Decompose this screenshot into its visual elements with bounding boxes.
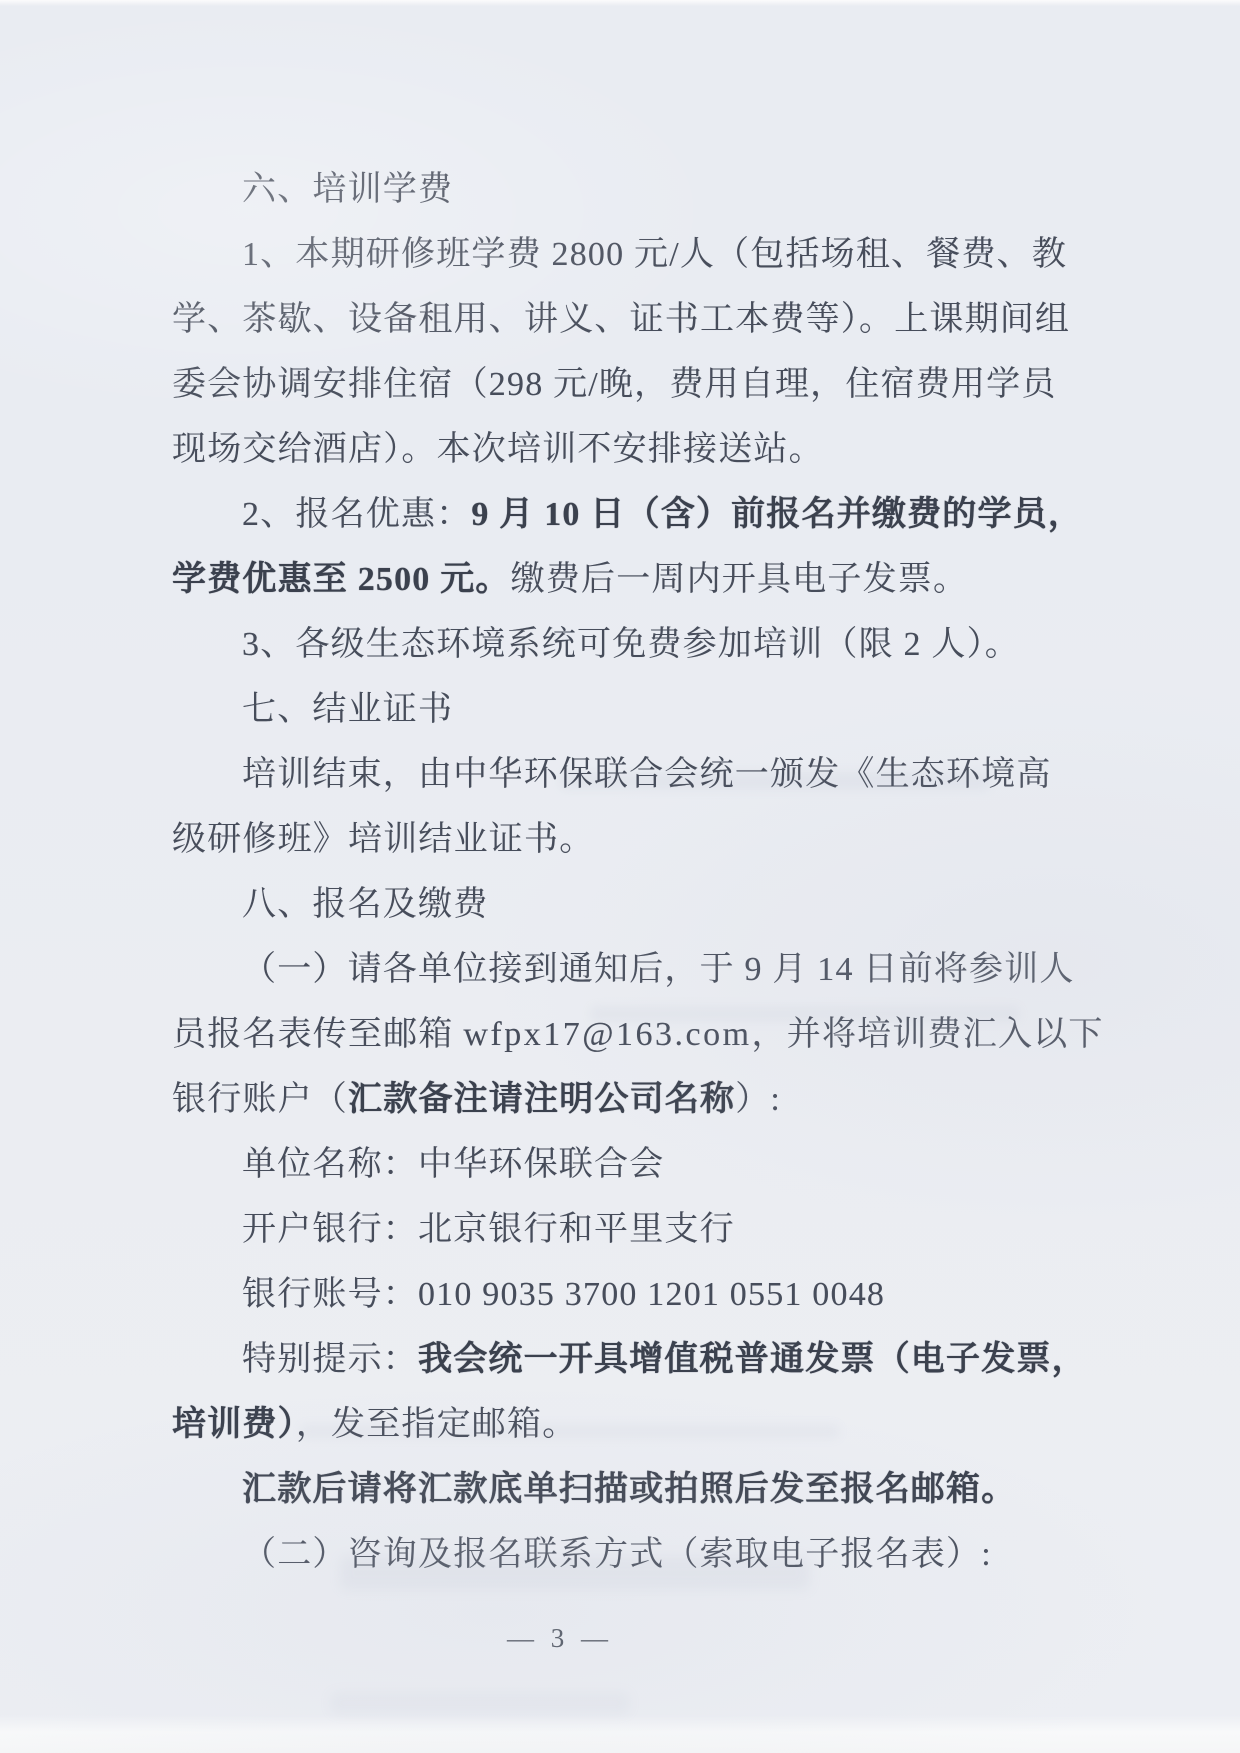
text-segment: 六、培训学费 — [242, 171, 453, 208]
text-line: 3、各级生态环境系统可免费参加培训（限 2 人）。 — [172, 612, 1074, 677]
text-segment: 银行账号：010 9035 3700 1201 0551 0048 — [242, 1276, 885, 1313]
text-segment: 3、各级生态环境系统可免费参加培训（限 2 人）。 — [242, 626, 1020, 663]
text-segment: 员报名表传至邮箱 — [172, 1016, 463, 1053]
text-segment-bold: 培训费） — [172, 1406, 296, 1443]
text-segment: 1、本期研修班学费 2800 元/人（包括场租、餐费、教 — [242, 236, 1067, 273]
text-segment: 培训结束，由中华环保联合会统一颁发《生态环境高 — [242, 756, 1052, 793]
text-segment-bold: 9 月 10 日（含）前报名并缴费的学员， — [471, 496, 1083, 533]
text-segment: 级研修班》培训结业证书。 — [172, 821, 594, 858]
text-segment: ）: — [735, 1081, 781, 1118]
bank-account-name-line: 单位名称：中华环保联合会 — [172, 1132, 1074, 1197]
section-heading-registration: 八、报名及缴费 — [172, 872, 1074, 937]
text-segment: ，发至指定邮箱。 — [296, 1406, 578, 1443]
text-segment: 八、报名及缴费 — [242, 886, 488, 923]
special-note-line: 特别提示：我会统一开具增值税普通发票（电子发票， — [172, 1327, 1074, 1392]
text-segment: （二）咨询及报名联系方式（索取电子报名表）: — [242, 1536, 992, 1573]
text-line-discount: 学费优惠至 2500 元。缴费后一周内开具电子发票。 — [172, 547, 1074, 612]
text-segment: 学、茶歇、设备租用、讲义、证书工本费等）。上课期间组 — [172, 301, 1070, 338]
page-number: — 3 — — [0, 1620, 1120, 1656]
text-segment: 七、结业证书 — [242, 691, 453, 728]
text-line: 级研修班》培训结业证书。 — [172, 807, 1074, 872]
text-line: （一）请各单位接到通知后，于 9 月 14 日前将参训人 — [172, 937, 1074, 1002]
text-line: 培训结束，由中华环保联合会统一颁发《生态环境高 — [172, 742, 1074, 807]
text-line: 银行账户（汇款备注请注明公司名称）: — [172, 1067, 1074, 1132]
text-line-discount: 2、报名优惠：9 月 10 日（含）前报名并缴费的学员， — [172, 482, 1074, 547]
text-segment: 特别提示： — [242, 1341, 418, 1378]
contact-heading-line: （二）咨询及报名联系方式（索取电子报名表）: — [172, 1522, 1074, 1587]
scanned-document-page: 六、培训学费 1、本期研修班学费 2800 元/人（包括场租、餐费、教 学、茶歇… — [0, 0, 1240, 1753]
email-address: wfpx17@163.com — [463, 1016, 751, 1053]
text-line: 现场交给酒店）。本次培训不安排接送站。 — [172, 417, 1074, 482]
section-heading-tuition: 六、培训学费 — [172, 157, 1074, 222]
text-segment: 委会协调安排住宿（298 元/晚，费用自理，住宿费用学员 — [172, 366, 1057, 403]
text-segment-bold: 我会统一开具增值税普通发票（电子发票， — [418, 1341, 1087, 1378]
text-segment: 现场交给酒店）。本次培训不安排接送站。 — [172, 431, 824, 468]
text-segment: 开户银行：北京银行和平里支行 — [242, 1211, 735, 1248]
text-segment-bold: 汇款后请将汇款底单扫描或拍照后发至报名邮箱。 — [242, 1471, 1016, 1508]
text-segment: （一）请各单位接到通知后，于 9 月 14 日前将参训人 — [242, 951, 1075, 988]
bank-account-number-line: 银行账号：010 9035 3700 1201 0551 0048 — [172, 1262, 1074, 1327]
text-segment-bold: 学费优惠至 2500 元。 — [172, 561, 511, 598]
text-segment: 缴费后一周内开具电子发票。 — [511, 561, 969, 598]
text-line: 委会协调安排住宿（298 元/晚，费用自理，住宿费用学员 — [172, 352, 1074, 417]
bleedthrough-artifact — [330, 1692, 630, 1714]
text-segment: 银行账户（ — [172, 1081, 348, 1118]
text-segment: ，并将培训费汇入以下 — [752, 1016, 1104, 1053]
text-line-email: 员报名表传至邮箱 wfpx17@163.com，并将培训费汇入以下 — [172, 1002, 1074, 1067]
text-segment-bold: 汇款备注请注明公司名称 — [348, 1081, 735, 1118]
text-line: 学、茶歇、设备租用、讲义、证书工本费等）。上课期间组 — [172, 287, 1074, 352]
special-note-line: 培训费），发至指定邮箱。 — [172, 1392, 1074, 1457]
remittance-note-line: 汇款后请将汇款底单扫描或拍照后发至报名邮箱。 — [172, 1457, 1074, 1522]
text-segment: 2、报名优惠： — [242, 496, 471, 533]
text-segment: 单位名称：中华环保联合会 — [242, 1146, 664, 1183]
document-body: 六、培训学费 1、本期研修班学费 2800 元/人（包括场租、餐费、教 学、茶歇… — [172, 157, 1074, 1587]
text-line: 1、本期研修班学费 2800 元/人（包括场租、餐费、教 — [172, 222, 1074, 287]
bank-branch-line: 开户银行：北京银行和平里支行 — [172, 1197, 1074, 1262]
section-heading-certificate: 七、结业证书 — [172, 677, 1074, 742]
